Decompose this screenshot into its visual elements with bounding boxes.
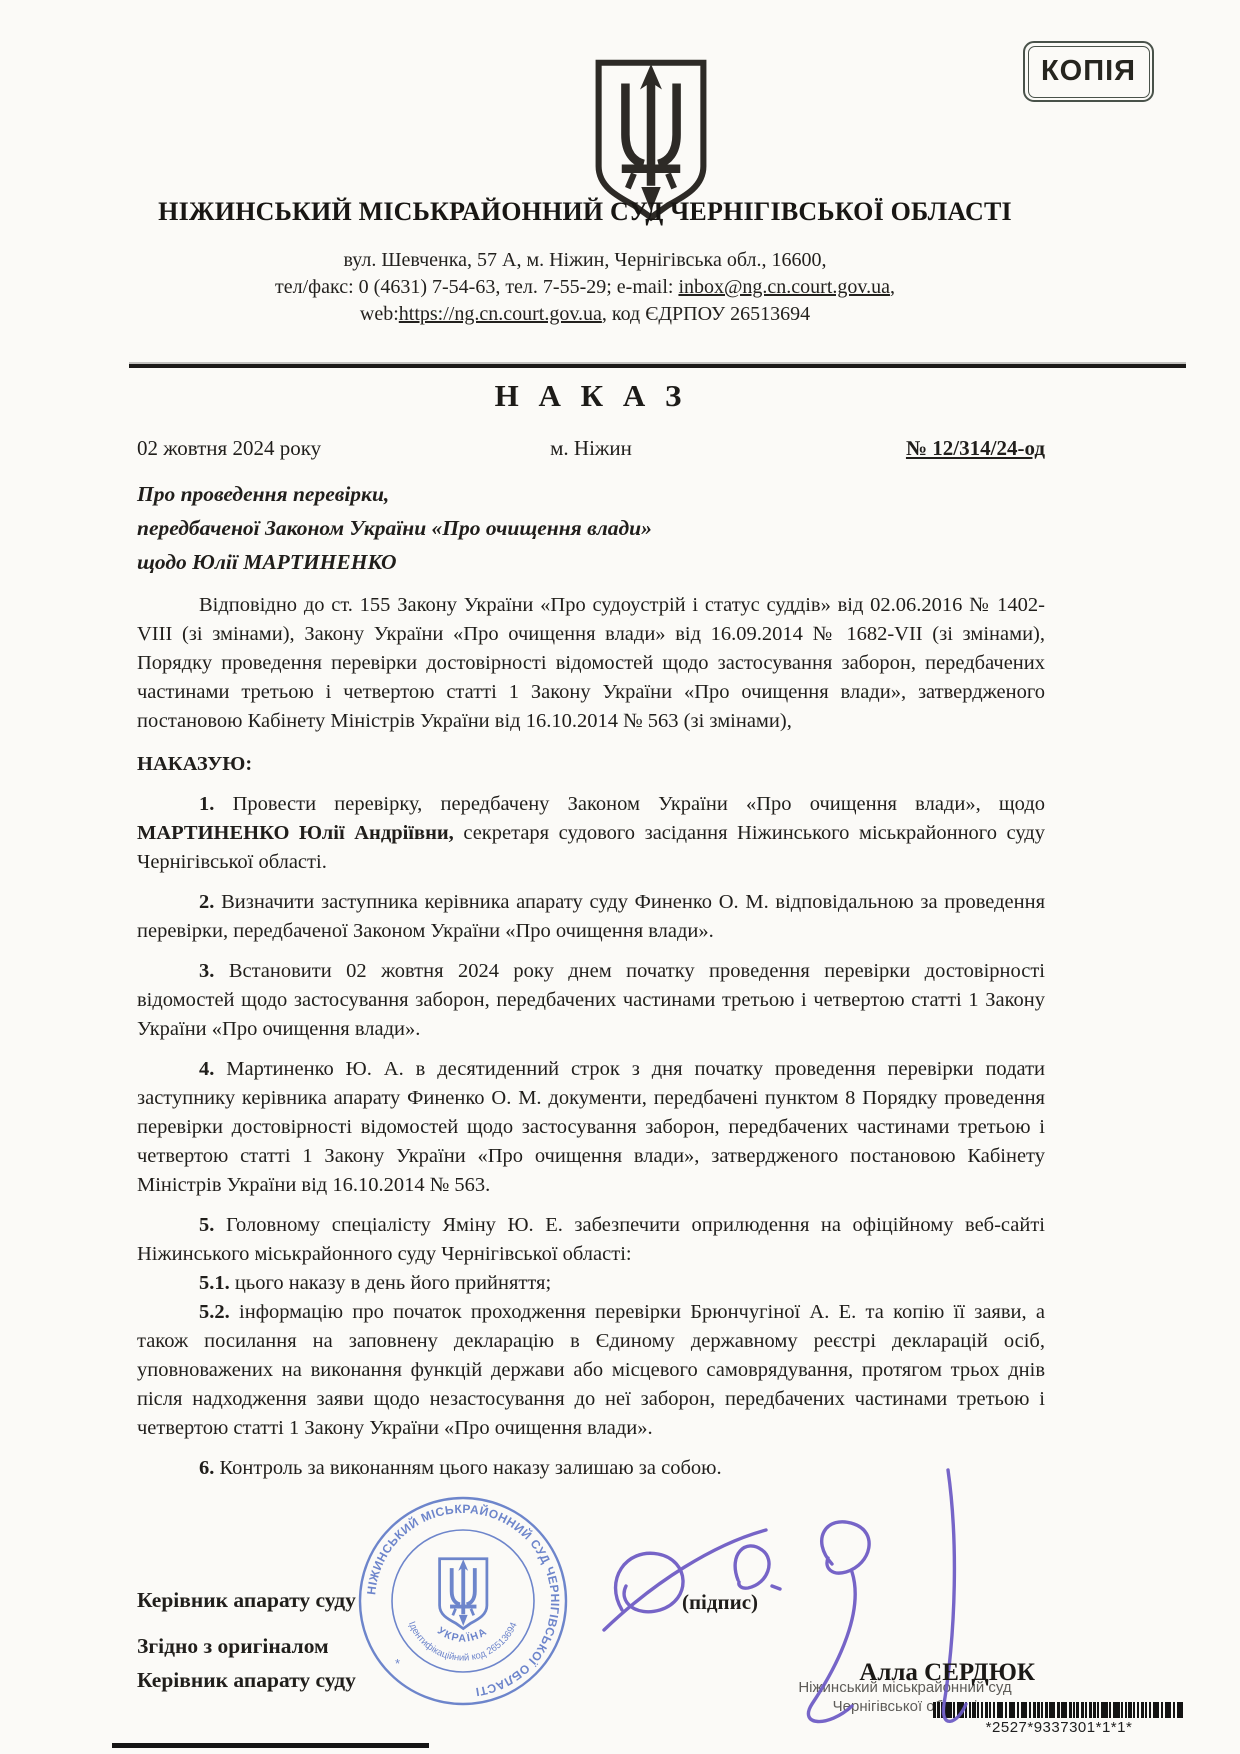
signer-name: Алла СЕРДЮК <box>859 1659 1035 1687</box>
court-web-line: web:https://ng.cn.court.gov.ua, код ЄДРП… <box>0 301 1170 328</box>
item-number: 6. <box>199 1457 214 1479</box>
court-round-stamp: НІЖИНСЬКИЙ МІСЬКРАЙОННИЙ СУД ЧЕРНІГІВСЬК… <box>348 1486 578 1716</box>
order-item-1: 1. Провести перевірку, передбачену Закон… <box>137 790 1045 877</box>
signatory-title: Керівник апарату суду <box>137 1588 356 1613</box>
person-name: МАРТИНЕНКО Юлії Андріївни, <box>137 822 454 844</box>
web-prefix: web: <box>360 303 399 325</box>
item-number: 2. <box>199 891 214 913</box>
edrpou-text: , код ЄДРПОУ 26513694 <box>602 303 810 325</box>
subject-line-2: передбаченої Законом України «Про очищен… <box>137 511 1045 545</box>
address-text: вул. Шевченка, 57 А, м. Ніжин, Чернігівс… <box>343 249 826 271</box>
item-text: інформацію про початок проходження перев… <box>137 1301 1045 1439</box>
certified-copy-note: Згідно з оригіналом <box>137 1634 329 1659</box>
item-text: цього наказу в день його прийняття; <box>235 1272 551 1294</box>
stamp-star: * <box>395 1656 400 1671</box>
court-contacts: вул. Шевченка, 57 А, м. Ніжин, Чернігівс… <box>0 247 1170 328</box>
item-number: 1. <box>199 793 214 815</box>
order-place: м. Ніжин <box>449 436 733 461</box>
subject-line-1: Про проведення перевірки, <box>137 477 1045 511</box>
subject-line-3: щодо Юлії МАРТИНЕНКО <box>137 545 1045 579</box>
item-text: Провести перевірку, передбачену Законом … <box>233 793 1045 815</box>
web-url-text: https://ng.cn.court.gov.ua <box>399 303 602 325</box>
order-date: 02 жовтня 2024 року <box>137 436 449 461</box>
order-subject: Про проведення перевірки, передбаченої З… <box>137 477 1045 579</box>
command-word: НАКАЗУЮ: <box>137 750 1045 779</box>
item-number: 5. <box>199 1214 214 1236</box>
email-text: inbox@ng.cn.court.gov.ua <box>678 276 890 298</box>
header-divider <box>129 364 1186 368</box>
court-phone-line: тел/факс: 0 (4631) 7-54-63, тел. 7-55-29… <box>0 274 1170 301</box>
preamble: Відповідно до ст. 155 Закону України «Пр… <box>137 591 1045 736</box>
phone-suffix: , <box>890 276 895 298</box>
item-number: 5.1. <box>199 1272 230 1294</box>
order-item-5: 5. Головному спеціалісту Яміну Ю. Е. заб… <box>137 1211 1045 1269</box>
item-number: 4. <box>199 1058 214 1080</box>
order-number: № 12/314/24-од <box>733 436 1045 461</box>
order-item-5-1: 5.1. цього наказу в день його прийняття; <box>137 1269 1045 1298</box>
order-body: Відповідно до ст. 155 Закону України «Пр… <box>137 591 1045 1483</box>
phone-text: тел/факс: 0 (4631) 7-54-63, тел. 7-55-29… <box>275 276 678 298</box>
item-number: 3. <box>199 960 214 982</box>
item-text: Визначити заступника керівника апарату с… <box>137 891 1045 942</box>
order-item-2: 2. Визначити заступника керівника апарат… <box>137 888 1045 946</box>
scan-edge-artifact <box>112 1743 429 1748</box>
order-item-5-2: 5.2. інформацію про початок проходження … <box>137 1298 1045 1443</box>
copy-stamp: КОПІЯ <box>1023 41 1154 102</box>
item-number: 5.2. <box>199 1301 230 1323</box>
court-address-line: вул. Шевченка, 57 А, м. Ніжин, Чернігівс… <box>0 247 1170 274</box>
signatory-title-2: Керівник апарату суду <box>137 1668 356 1693</box>
item-text: Мартиненко Ю. А. в десятиденний строк з … <box>137 1058 1045 1196</box>
stamp-trident-icon <box>440 1559 487 1629</box>
document-page: { "colors": { "paper": "#fbfaf7", "ink":… <box>0 0 1240 1754</box>
item-text: Встановити 02 жовтня 2024 року днем поча… <box>137 960 1045 1040</box>
order-meta-row: 02 жовтня 2024 року м. Ніжин № 12/314/24… <box>137 436 1045 461</box>
order-item-4: 4. Мартиненко Ю. А. в десятиденний строк… <box>137 1055 1045 1200</box>
court-name: НІЖИНСЬКИЙ МІСЬКРАЙОННИЙ СУД ЧЕРНІГІВСЬК… <box>0 197 1170 227</box>
handwritten-signature <box>596 1452 986 1752</box>
item-text: Головному спеціалісту Яміну Ю. Е. забезп… <box>137 1214 1045 1265</box>
copy-stamp-label: КОПІЯ <box>1028 46 1150 98</box>
order-item-3: 3. Встановити 02 жовтня 2024 року днем п… <box>137 957 1045 1044</box>
order-title: Н А К А З <box>0 378 1182 414</box>
